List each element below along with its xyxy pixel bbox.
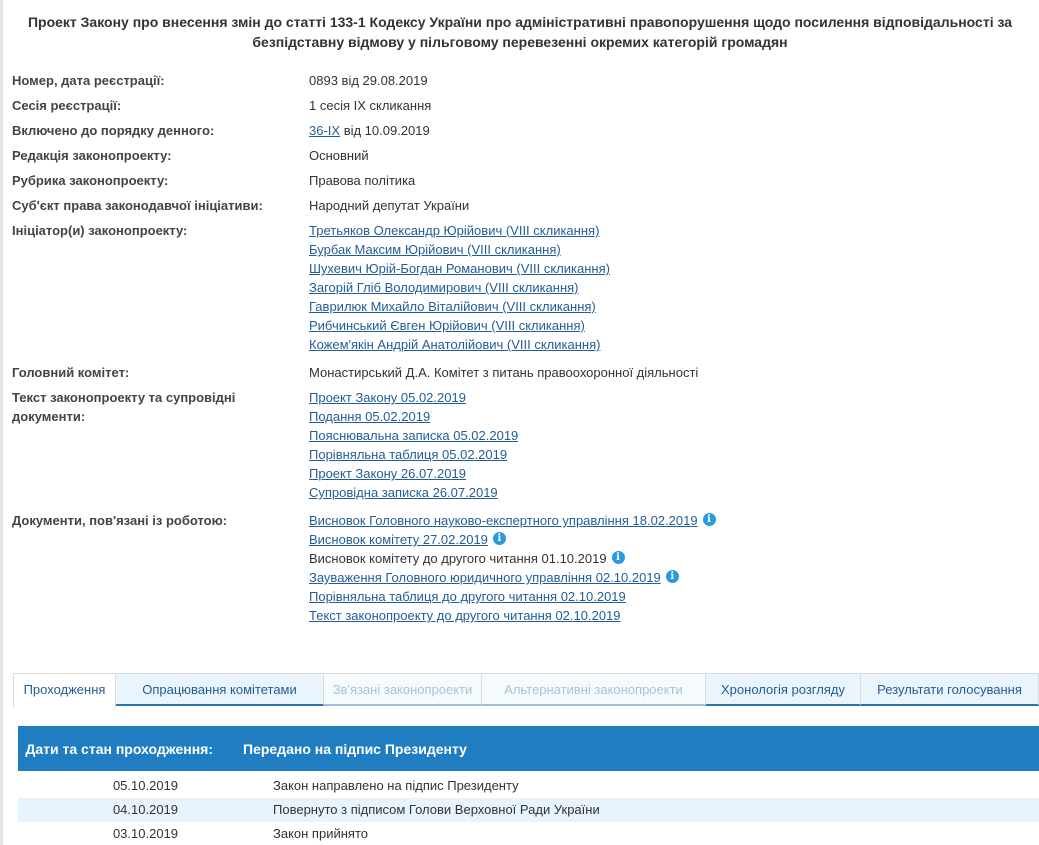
tab-0[interactable]: Проходження [13, 674, 116, 708]
related-docs-list: Висновок Головного науково-експертного у… [309, 508, 1012, 628]
label-agenda: Включено до порядку денного: [12, 118, 309, 143]
related-doc-item: Висновок комітету до другого читання 01.… [309, 549, 1012, 568]
label-rubric: Рубрика законопроекту: [12, 168, 309, 193]
tab-4[interactable]: Хронологія розгляду [706, 674, 861, 706]
left-border [0, 0, 3, 845]
row-edition: Редакція законопроекту: Основний [12, 143, 1012, 168]
row-committee: Головний комітет: Монастирський Д.А. Ком… [12, 360, 1012, 385]
related-doc-link[interactable]: Текст законопроекту до другого читання 0… [309, 608, 621, 623]
history-event: Повернуто з підписом Голови Верховної Ра… [273, 798, 1039, 822]
status-header: Дати та стан проходження: Передано на пі… [18, 726, 1039, 771]
initiator-link[interactable]: Кожем'якін Андрій Анатолійович (VIII скл… [309, 335, 1012, 354]
info-icon[interactable]: i [703, 513, 716, 526]
document-link[interactable]: Пояснювальна записка 05.02.2019 [309, 426, 1012, 445]
history-event: Закон прийнято [273, 822, 1039, 845]
value-session: 1 сесія IX скликання [309, 93, 1012, 118]
label-registration: Номер, дата реєстрації: [12, 68, 309, 93]
value-subject: Народний депутат України [309, 193, 1012, 218]
label-initiators: Ініціатор(и) законопроекту: [12, 218, 309, 357]
initiator-link[interactable]: Гаврилюк Михайло Віталійович (VIII склик… [309, 297, 1012, 316]
tab-1[interactable]: Опрацювання комітетами [116, 674, 324, 706]
history-event: Закон направлено на підпис Президенту [273, 774, 1039, 798]
related-doc-link[interactable]: Порівняльна таблиця до другого читання 0… [309, 589, 626, 604]
agenda-link[interactable]: 36-IX [309, 123, 340, 138]
document-link[interactable]: Порівняльна таблиця 05.02.2019 [309, 445, 1012, 464]
label-session: Сесія реєстрації: [12, 93, 309, 118]
tab-3: Альтернативні законопроекти [482, 674, 706, 706]
related-doc-text: Висновок комітету до другого читання 01.… [309, 551, 607, 566]
row-rubric: Рубрика законопроекту: Правова політика [12, 168, 1012, 193]
label-subject: Суб'єкт права законодавчої ініціативи: [12, 193, 309, 218]
initiator-link[interactable]: Бурбак Максим Юрійович (VIII скликання) [309, 240, 1012, 259]
row-initiators: Ініціатор(и) законопроекту: Третьяков Ол… [12, 218, 1012, 357]
status-value: Передано на підпис Президенту [243, 741, 467, 757]
page-title: Проект Закону про внесення змін до статт… [20, 12, 1020, 52]
initiator-link[interactable]: Шухевич Юрій-Богдан Романович (VIII скли… [309, 259, 1012, 278]
tab-bar: ПроходженняОпрацювання комітетамиЗв'язан… [13, 673, 1039, 708]
related-doc-item: Порівняльна таблиця до другого читання 0… [309, 587, 1012, 606]
history-row: 05.10.2019Закон направлено на підпис Пре… [18, 774, 1039, 798]
label-texts: Текст законопроекту та супровідні докуме… [12, 385, 309, 505]
initiator-link[interactable]: Рибчинський Євген Юрійович (VIII скликан… [309, 316, 1012, 335]
history-table: 05.10.2019Закон направлено на підпис Пре… [18, 774, 1039, 845]
label-related-docs: Документи, пов'язані із роботою: [12, 508, 309, 628]
document-link[interactable]: Проект Закону 05.02.2019 [309, 388, 1012, 407]
agenda-date: від 10.09.2019 [340, 123, 430, 138]
tab-2: Зв'язані законопроекти [324, 674, 482, 706]
value-registration: 0893 від 29.08.2019 [309, 68, 1012, 93]
row-texts: Текст законопроекту та супровідні докуме… [12, 385, 1012, 505]
related-doc-item: Висновок Головного науково-експертного у… [309, 511, 1012, 530]
status-label: Дати та стан проходження: [18, 741, 243, 757]
history-row: 04.10.2019Повернуто з підписом Голови Ве… [18, 798, 1039, 822]
document-link[interactable]: Подання 05.02.2019 [309, 407, 1012, 426]
label-edition: Редакція законопроекту: [12, 143, 309, 168]
info-icon[interactable]: i [493, 532, 506, 545]
value-committee: Монастирський Д.А. Комітет з питань прав… [309, 360, 1012, 385]
history-date: 03.10.2019 [18, 822, 273, 845]
value-edition: Основний [309, 143, 1012, 168]
document-link[interactable]: Супровідна записка 26.07.2019 [309, 483, 1012, 502]
related-doc-link[interactable]: Висновок комітету 27.02.2019 [309, 532, 488, 547]
value-rubric: Правова політика [309, 168, 1012, 193]
initiators-list: Третьяков Олександр Юрійович (VIII склик… [309, 218, 1012, 357]
related-doc-link[interactable]: Зауваження Головного юридичного управлін… [309, 570, 661, 585]
tab-5[interactable]: Результати голосування [861, 674, 1039, 706]
related-doc-item: Текст законопроекту до другого читання 0… [309, 606, 1012, 625]
texts-list: Проект Закону 05.02.2019 Подання 05.02.2… [309, 385, 1012, 505]
initiator-link[interactable]: Третьяков Олександр Юрійович (VIII склик… [309, 221, 1012, 240]
row-session: Сесія реєстрації: 1 сесія IX скликання [12, 93, 1012, 118]
info-icon[interactable]: i [666, 570, 679, 583]
history-row: 03.10.2019Закон прийнято [18, 822, 1039, 845]
document-link[interactable]: Проект Закону 26.07.2019 [309, 464, 1012, 483]
row-agenda: Включено до порядку денного: 36-IX від 1… [12, 118, 1012, 143]
row-registration: Номер, дата реєстрації: 0893 від 29.08.2… [12, 68, 1012, 93]
value-agenda: 36-IX від 10.09.2019 [309, 118, 1012, 143]
row-related-docs: Документи, пов'язані із роботою: Висново… [12, 508, 1012, 628]
related-doc-item: Висновок комітету 27.02.2019i [309, 530, 1012, 549]
label-committee: Головний комітет: [12, 360, 309, 385]
initiator-link[interactable]: Загорій Гліб Володимирович (VIII скликан… [309, 278, 1012, 297]
bill-info-table: Номер, дата реєстрації: 0893 від 29.08.2… [12, 68, 1012, 628]
history-date: 04.10.2019 [18, 798, 273, 822]
related-doc-link[interactable]: Висновок Головного науково-експертного у… [309, 513, 698, 528]
related-doc-item: Зауваження Головного юридичного управлін… [309, 568, 1012, 587]
history-date: 05.10.2019 [18, 774, 273, 798]
info-icon[interactable]: i [612, 551, 625, 564]
row-subject: Суб'єкт права законодавчої ініціативи: Н… [12, 193, 1012, 218]
